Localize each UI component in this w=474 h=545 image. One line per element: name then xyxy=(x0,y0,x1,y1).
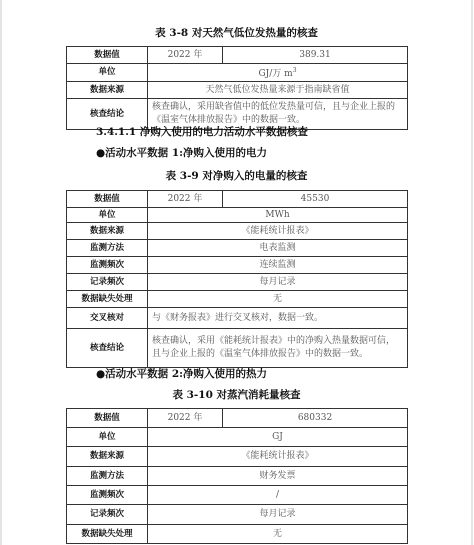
page-edge-left xyxy=(0,0,2,545)
row-label: 数据缺失处理 xyxy=(67,291,148,308)
value-cell: 核查确认，采用《能耗统计报表》中的净购入热量数据可信，且与企业上报的《温室气体排… xyxy=(148,329,408,368)
row-label: 监测频次 xyxy=(67,486,148,505)
value-cell: 每月记录 xyxy=(148,274,408,291)
row-label: 监测方法 xyxy=(67,240,148,257)
table-3-8-caption: 表 3-8 对天然气低位发热量的核查 xyxy=(66,26,407,40)
row-label: 记录频次 xyxy=(67,274,148,291)
value-cell: MWh xyxy=(148,208,408,223)
table-3-9-caption: 表 3-9 对净购入的电量的核查 xyxy=(66,169,407,183)
table-3-10-caption: 表 3-10 对蒸汽消耗量核查 xyxy=(66,388,407,402)
row-label: 数据来源 xyxy=(67,82,148,99)
table-row: 监测方法 电表监测 xyxy=(67,240,408,257)
table-row: 数据来源 《能耗统计报表》 xyxy=(67,223,408,240)
row-label: 监测方法 xyxy=(67,467,148,486)
value-cell: 《能耗统计报表》 xyxy=(148,447,408,467)
bullet-heading-1: ●活动水平数据 1:净购入使用的电力 xyxy=(96,146,267,160)
table-row: 记录频次 每月记录 xyxy=(67,505,408,525)
row-label: 数据缺失处理 xyxy=(67,525,148,544)
row-label: 数据值 xyxy=(67,409,148,428)
unit-superscript: 3 xyxy=(293,67,297,74)
table-row: 记录频次 每月记录 xyxy=(67,274,408,291)
row-label: 数据值 xyxy=(67,47,148,64)
table-row: 核查结论 核查确认，采用《能耗统计报表》中的净购入热量数据可信，且与企业上报的《… xyxy=(67,329,408,368)
value-cell: 无 xyxy=(148,525,408,544)
unit-text: GJ/万 m xyxy=(258,69,292,79)
value-cell: 389.31 xyxy=(223,47,408,64)
table-row: 监测频次 连续监测 xyxy=(67,257,408,274)
table-row: 单位 GJ/万 m3 xyxy=(67,64,408,82)
table-3-8: 数据值 2022 年 389.31 单位 GJ/万 m3 数据来源 天然气低位发… xyxy=(66,46,408,130)
row-label: 单位 xyxy=(67,64,148,82)
table-row: 单位 MWh xyxy=(67,208,408,223)
row-label: 数据来源 xyxy=(67,223,148,240)
row-label: 记录频次 xyxy=(67,505,148,525)
value-cell: 每月记录 xyxy=(148,505,408,525)
row-label: 单位 xyxy=(67,428,148,447)
table-3-9: 数据值 2022 年 45530 单位 MWh 数据来源 《能耗统计报表》 监测… xyxy=(66,190,408,368)
row-label: 核查结论 xyxy=(67,329,148,368)
value-cell: 无 xyxy=(148,291,408,308)
value-cell: 财务发票 xyxy=(148,467,408,486)
table-row: 数据值 2022 年 45530 xyxy=(67,191,408,208)
table-row: 数据来源 天然气低位发热量来源于指南缺省值 xyxy=(67,82,408,99)
value-cell: 45530 xyxy=(223,191,408,208)
year-cell: 2022 年 xyxy=(148,191,223,208)
row-label: 数据来源 xyxy=(67,447,148,467)
row-label: 交叉核对 xyxy=(67,308,148,329)
table-row: 数据值 2022 年 680332 xyxy=(67,409,408,428)
table-row: 数据来源 《能耗统计报表》 xyxy=(67,447,408,467)
section-heading: 3.4.1.1 净购入使用的电力活动水平数据核查 xyxy=(96,125,308,139)
table-row: 数据值 2022 年 389.31 xyxy=(67,47,408,64)
table-row: 监测频次 / xyxy=(67,486,408,505)
row-label: 数据值 xyxy=(67,191,148,208)
table-row: 数据缺失处理 无 xyxy=(67,291,408,308)
row-label: 监测频次 xyxy=(67,257,148,274)
value-cell: GJ xyxy=(148,428,408,447)
value-cell: 电表监测 xyxy=(148,240,408,257)
year-cell: 2022 年 xyxy=(148,409,223,428)
table-row: 监测方法 财务发票 xyxy=(67,467,408,486)
table-row: 单位 GJ xyxy=(67,428,408,447)
value-cell: / xyxy=(148,486,408,505)
row-label: 单位 xyxy=(67,208,148,223)
value-cell: GJ/万 m3 xyxy=(148,64,408,82)
year-cell: 2022 年 xyxy=(148,47,223,64)
table-row: 交叉核对 与《财务报表》进行交叉核对，数据一致。 xyxy=(67,308,408,329)
page-edge-right xyxy=(471,0,473,545)
value-cell: 连续监测 xyxy=(148,257,408,274)
value-cell: 天然气低位发热量来源于指南缺省值 xyxy=(148,82,408,99)
value-cell: 与《财务报表》进行交叉核对，数据一致。 xyxy=(148,308,408,329)
table-3-10: 数据值 2022 年 680332 单位 GJ 数据来源 《能耗统计报表》 监测… xyxy=(66,408,408,544)
table-row: 数据缺失处理 无 xyxy=(67,525,408,544)
bullet-heading-2: ●活动水平数据 2:净购入使用的热力 xyxy=(96,367,267,381)
value-cell: 680332 xyxy=(223,409,408,428)
value-cell: 《能耗统计报表》 xyxy=(148,223,408,240)
